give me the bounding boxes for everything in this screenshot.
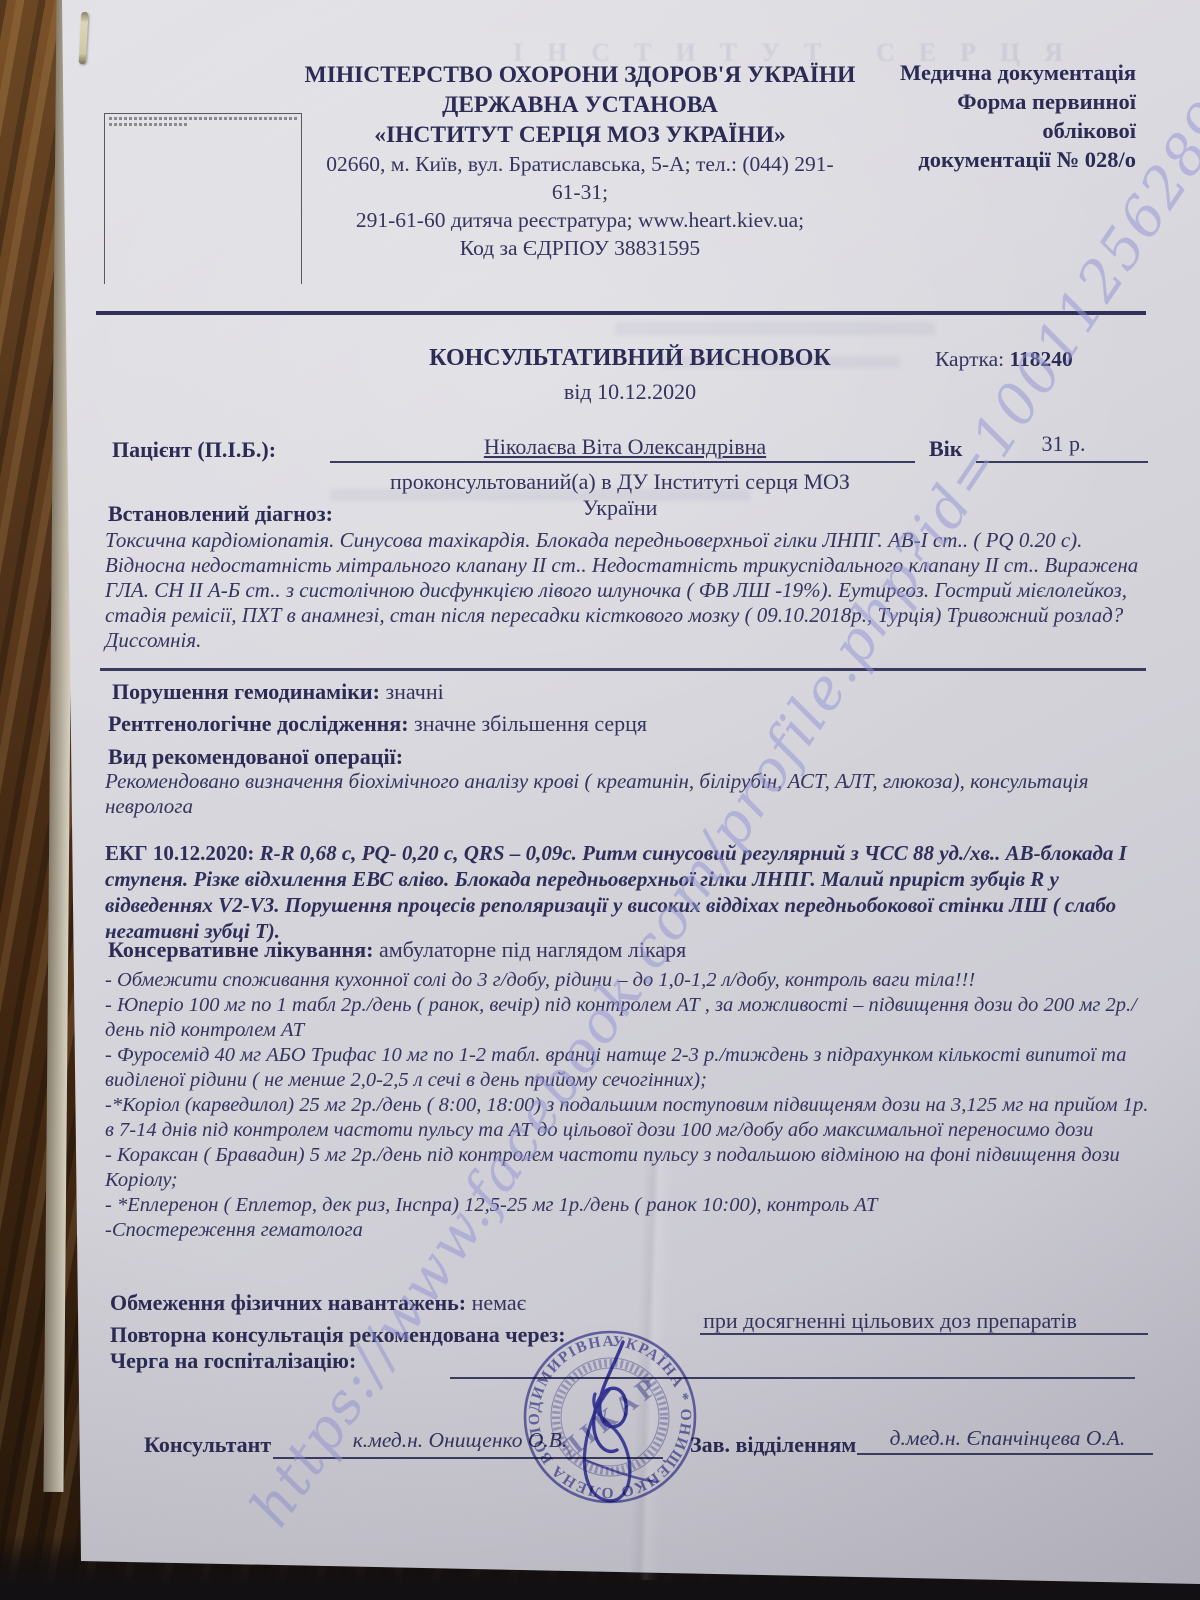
head-signature-line [857,1453,1153,1455]
ekg-text: R-R 0,68 с, PQ- 0,20 с, QRS – 0,09с. Рит… [105,841,1127,943]
form-code-block: Медична документація Форма первинної обл… [880,58,1136,174]
diagnosis-label: Встановлений діагноз: [108,501,333,527]
org-name-line: «ІНСТИТУТ СЕРЦЯ МОЗ УКРАЇНИ» [255,120,905,150]
queue-label: Черга на госпіталізацію: [110,1348,356,1374]
tiny-illegible-text [109,123,187,126]
patient-name-line [330,461,915,463]
handwritten-signature [545,1332,675,1517]
org-name-line: ДЕРЖАВНА УСТАНОВА [255,90,905,120]
hemodynamics-label: Порушення гемодинаміки: [112,679,380,704]
consultant-label: Консультант [144,1432,271,1458]
card-label: Картка: [935,347,1004,371]
xray-row: Рентгенологічне дослідження: значне збіл… [108,711,647,737]
treatment-item: - Фуросемід 40 мг АБО Трифас 10 мг по 1-… [105,1043,1153,1093]
hemodynamics-row: Порушення гемодинаміки: значні [112,679,444,705]
treatment-item: - *Еплеренон ( Еплетор, дек риз, Інспра)… [105,1193,1153,1218]
treatment-item: -*Коріол (карведилол) 25 мг 2р./день ( 8… [105,1093,1153,1143]
treatment-item: -Спостереження гематолога [105,1218,1153,1243]
org-address-line: Код за ЄДРПОУ 38831595 [255,234,905,262]
photo-of-document: ІНСТИТУТ СЕРЦЯ МІНІСТЕРСТВО ОХОРОНИ ЗДОР… [0,0,1200,1600]
document-title: КОНСУЛЬТАТИВНИЙ ВИСНОВОК [380,345,880,372]
head-of-department-label: Зав. відділенням [690,1432,856,1458]
followup-label: Повторна консультація рекомендована чере… [110,1322,566,1348]
consulted-at-line: проконсультований(а) в ДУ Інституті серц… [350,469,890,521]
org-address-line: 291-61-60 дитяча реєстратура; www.heart.… [255,206,905,234]
diagnosis-text: Токсична кардіоміопатія. Синусова тахіка… [105,528,1153,653]
form-code-line: документації № 028/о [880,145,1136,174]
org-header: МІНІСТЕРСТВО ОХОРОНИ ЗДОРОВ'Я УКРАЇНИ ДЕ… [255,60,905,262]
treatment-label: Консервативне лікування: [108,937,373,962]
restrictions-value: немає [472,1290,527,1315]
org-address-line: 61-31; [255,178,905,206]
org-name-line: МІНІСТЕРСТВО ОХОРОНИ ЗДОРОВ'Я УКРАЇНИ [255,60,905,90]
operation-label: Вид рекомендованої операції: [108,744,403,770]
treatment-row: Консервативне лікування: амбулаторне під… [108,937,686,963]
hemodynamics-value: значні [385,679,443,704]
xray-label: Рентгенологічне дослідження: [108,711,409,736]
head-of-department-name: д.мед.н. Єпанчінцева О.А. [875,1426,1140,1451]
treatment-item: - Кораксан ( Бравадин) 5 мг 2р./день під… [105,1143,1153,1193]
section-separator-line [100,668,1146,671]
form-code-line: облікової [880,116,1136,145]
ekg-label: ЕКГ 10.12.2020: [105,841,254,865]
ghost-bar [615,322,935,335]
restrictions-row: Обмеження фізичних навантажень: немає [110,1290,526,1316]
operation-text: Рекомендовано визначення біохімічного ан… [105,769,1153,819]
xray-value: значне збільшення серця [414,711,647,736]
patient-name: Ніколаєва Віта Олександрівна [390,434,860,460]
form-code-line: Медична документація [880,58,1136,87]
header-separator-line [96,311,1146,315]
document-date: від 10.12.2020 [480,379,780,405]
patient-label: Пацієнт (П.І.Б.): [112,437,276,463]
form-code-line: Форма первинної [880,87,1136,116]
followup-value: при досягненні цільових доз препаратів [690,1308,1090,1334]
org-address-line: 02660, м. Київ, вул. Братиславська, 5-А;… [255,150,905,178]
